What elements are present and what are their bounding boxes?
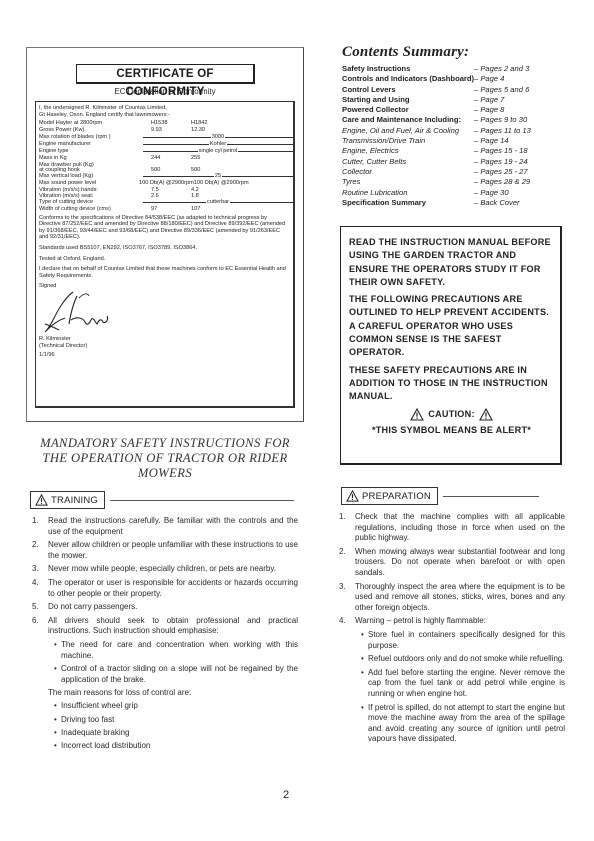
spec-label: Gross Power (Kw) [39,127,139,134]
bullet-item: •Add fuel before starting the engine. Ne… [355,668,565,700]
toc-label: Collector [342,167,474,177]
item-text-body: Thoroughly inspect the area where the eq… [355,582,565,614]
warning-paragraph: THE FOLLOWING PRECAUTIONS ARE OUTLINED T… [349,293,554,359]
spec-row: Engine typesingle cyl petrol [39,148,290,155]
spec-row: Max rotation of blades (rpm )3000 [39,134,290,141]
item-number: 4. [339,616,355,745]
toc-label: Safety Instructions [342,64,474,74]
dash-line [143,202,206,203]
dash-line [143,144,209,145]
spec-row: Max drawber pull (Kg)at coupling hook500… [39,162,290,174]
list-item: 2.When mowing always wear substantial fo… [339,547,565,579]
item-text-body: Read the instructions carefully. Be fami… [48,516,298,537]
bullet-text: Control of a tractor sliding on a slope … [61,664,298,685]
bullet-icon: • [361,630,368,651]
toc-entry: Powered Collector– Page 8 [342,105,568,115]
list-item: 1.Check that the machine complies with a… [339,512,565,544]
bullet-text: Store fuel in containers specifically de… [368,630,565,651]
item-text: Never mow while people, especially child… [48,564,298,575]
toc-entry: Controls and Indicators (Dashboard)– Pag… [342,74,568,84]
item-text-body: Warning – petrol is highly flammable: [355,616,565,627]
spec-value: H1842 [181,120,241,127]
spec-label: Max drawber pull (Kg)at coupling hook [39,162,139,174]
spec-span-value: 3000 [139,134,293,141]
standards-text: Standards used BS5107, EN292, ISO3767, I… [39,245,290,252]
spec-value-line: 500 [191,167,241,173]
declaration-box: I, the undersigned R. Kilminster of Coun… [35,101,295,408]
toc-entry: Routine Lubrication– Page 30 [342,188,568,198]
preparation-label-box: PREPARATION [341,487,438,505]
certificate-subtitle: EC Declaration of Conformity [27,87,303,96]
signed-label: Signed [39,283,290,290]
item-text: Check that the machine complies with all… [355,512,565,544]
toc-label: Tyres [342,177,474,187]
spec-value-line: 500 [151,167,181,173]
item-number: 4. [32,578,48,599]
item-text: Do not carry passengers. [48,602,298,613]
item-text: The operator or user is responsible for … [48,578,298,599]
toc-page: – Pages 25 - 27 [474,167,528,177]
bullet-icon: • [54,715,61,726]
bullet-icon: • [54,701,61,712]
toc-list: Safety Instructions– Pages 2 and 3Contro… [342,64,568,208]
spec-label-line: at coupling hook [39,167,139,173]
dash-line [222,176,293,177]
signer-name: R. Kilminster [39,336,290,343]
spec-value: 100 Db(A) @2900rpm100 Db(A) @2900rpm [139,180,293,187]
spec-span-value: Kohler [139,141,293,148]
spec-span-value: 25 [139,173,293,180]
item-number: 1. [339,512,355,544]
item-text: Read the instructions carefully. Be fami… [48,516,298,537]
toc-label: Specification Summary [342,198,474,208]
toc-label: Control Levers [342,85,474,95]
page-number: 2 [283,789,289,801]
toc-page: – Pages 9 to 30 [474,115,527,125]
item-text-body: Check that the machine complies with all… [355,512,565,544]
reasons-label: The main reasons for loss of control are… [48,688,298,699]
caution-line: CAUTION: [349,408,554,421]
spec-label-line: Vibration (m/s/s) seat: [39,193,139,199]
spec-value: H1538 [139,120,181,127]
spec-value: Kohler [209,141,227,148]
spec-label: Max sound power level [39,180,139,187]
toc-page: – Pages 11 to 13 [474,126,531,136]
toc-label: Engine, Electrics [342,146,474,156]
intro-line: I, the undersigned R. Kilminster of Coun… [39,105,290,112]
item-number: 6. [32,616,48,752]
preparation-title: PREPARATION [362,491,431,502]
safety-warning-box: READ THE INSTRUCTION MANUAL BEFORE USING… [340,226,562,465]
bullet-item: •Control of a tractor sliding on a slope… [48,664,298,685]
dash-line [238,151,293,152]
spec-row: Max vertical load (Kg)25 [39,173,290,180]
spec-value: 25 [214,173,222,180]
toc-page: – Page 4 [474,74,504,84]
bullet-item: •The need for care and concentration whe… [48,640,298,661]
spec-row: Gross Power (Kw)9.9312.30 [39,127,290,134]
preparation-list: 1.Check that the machine complies with a… [339,512,565,748]
spec-label: Max rotation of blades (rpm ) [39,134,139,141]
bullet-item: •Insufficient wheel grip [48,701,298,712]
bullet-text: Driving too fast [61,715,298,726]
dash-line [143,151,198,152]
spec-row: Engine manufacturerKohler [39,141,290,148]
toc-entry: Specification Summary– Back Cover [342,198,568,208]
training-label-box: TRAINING [30,491,105,509]
bullet-item: •If petrol is spilled, do not attempt to… [355,703,565,745]
bullet-text: Insufficient wheel grip [61,701,298,712]
spec-value: 97 [139,206,181,213]
item-text-body: Never allow children or people unfamilia… [48,540,298,561]
preparation-header: PREPARATION [341,487,539,505]
certificate-title: CERTIFICATE OF CONFORMITY [76,64,255,84]
list-item: 1.Read the instructions carefully. Be fa… [32,516,298,537]
toc-label: Cutter, Cutter Belts [342,157,474,167]
item-text-body: Never mow while people, especially child… [48,564,298,575]
reasons-list: •Insufficient wheel grip•Driving too fas… [48,701,298,751]
warning-paragraph: READ THE INSTRUCTION MANUAL BEFORE USING… [349,236,554,289]
toc-page: – Pages 19 - 24 [474,157,528,167]
certificate-date: 1/1/96 [39,352,290,359]
spec-value-line: 2.6 [151,193,181,199]
bullet-icon: • [361,654,368,665]
toc-page: – Page 30 [474,188,509,198]
item-text-body: Do not carry passengers. [48,602,298,613]
signature-image [43,290,133,334]
spec-value: 3000 [211,134,225,141]
spec-span-value: single cyl petrol [139,148,293,155]
toc-entry: Engine, Oil and Fuel, Air & Cooling– Pag… [342,126,568,136]
list-item: 3.Thoroughly inspect the area where the … [339,582,565,614]
spec-table: Model Hayter at 2800rpmH1538H1842Gross P… [39,120,290,212]
list-item: 2.Never allow children or people unfamil… [32,540,298,561]
spec-value: 12.30 [181,127,241,134]
toc-entry: Control Levers– Pages 5 and 6 [342,85,568,95]
toc-page: – Pages 15 - 18 [474,146,528,156]
toc-entry: Collector– Pages 25 - 27 [342,167,568,177]
toc-label: Routine Lubrication [342,188,474,198]
bullet-text: Refuel outdoors only and do not smoke wh… [368,654,565,665]
declaration-text: I declare that on behalf of Countax Limi… [39,266,290,279]
item-number: 1. [32,516,48,537]
warning-triangle-icon [479,408,493,421]
spec-value: 4.21.8 [181,187,241,199]
intro-line: Gt Haseley, Oxon. England certify that l… [39,112,290,119]
training-list: 1.Read the instructions carefully. Be fa… [32,516,298,754]
toc-label: Engine, Oil and Fuel, Air & Cooling [342,126,474,136]
spec-value: single cyl petrol [198,148,239,155]
bullet-text: If petrol is spilled, do not attempt to … [368,703,565,745]
toc-page: – Back Cover [474,198,520,208]
spec-row: Mass in Kg244255 [39,155,290,162]
spec-value: 9.93 [139,127,181,134]
toc-page: – Page 7 [474,95,504,105]
training-title: TRAINING [51,495,98,506]
alert-line: *THIS SYMBOL MEANS BE ALERT* [349,424,554,437]
dash-line [143,137,211,138]
bullet-text: Inadequate braking [61,728,298,739]
toc-entry: Starting and Using– Page 7 [342,95,568,105]
mandatory-heading: MANDATORY SAFETY INSTRUCTIONS FOR THE OP… [26,436,304,481]
dash-line [143,176,214,177]
item-text-body: The operator or user is responsible for … [48,578,298,599]
toc-label: Care and Maintenance Including: [342,115,474,125]
certificate-panel: CERTIFICATE OF CONFORMITY EC Declaration… [26,47,304,422]
item-number: 2. [339,547,355,579]
item-text: All drivers should seek to obtain profes… [48,616,298,752]
spec-value: 500 [181,162,241,174]
item-number: 2. [32,540,48,561]
toc-page: – Page 8 [474,105,504,115]
list-item: 4.Warning – petrol is highly flammable:•… [339,616,565,745]
toc-page: – Pages 2 and 3 [474,64,529,74]
spec-value: cutterbar [206,199,230,206]
signer-title: (Technical Director) [39,343,290,350]
warning-triangle-icon [410,408,424,421]
bullet-text: Incorrect load distribution [61,741,298,752]
spec-value-line: 1.8 [191,193,241,199]
spec-label: Mass in Kg [39,155,139,162]
bullet-icon: • [54,664,61,685]
conformity-text: Conforms to the specifications of Direct… [39,215,290,241]
bullet-icon: • [54,741,61,752]
toc-label: Powered Collector [342,105,474,115]
spec-label: Type of cutting device [39,199,139,206]
bullet-icon: • [361,703,368,745]
contents-summary: Contents Summary: Safety Instructions– P… [342,44,568,208]
dash-line [227,144,293,145]
item-text-body: All drivers should seek to obtain profes… [48,616,298,637]
spec-label: Model Hayter at 2800rpm [39,120,139,127]
spec-row: Vibration (m/s/s) hands:Vibration (m/s/s… [39,187,290,199]
warning-triangle-icon [346,490,359,502]
spec-row: Type of cutting devicecutterbar [39,199,290,206]
toc-entry: Cutter, Cutter Belts– Pages 19 - 24 [342,157,568,167]
toc-label: Starting and Using [342,95,474,105]
spec-value: 107 [181,206,241,213]
toc-label: Controls and Indicators (Dashboard) [342,74,474,84]
list-item: 4.The operator or user is responsible fo… [32,578,298,599]
item-number: 3. [32,564,48,575]
bullet-item: •Inadequate braking [48,728,298,739]
item-text: Warning – petrol is highly flammable:•St… [355,616,565,745]
spec-label: Max vertical load (Kg) [39,173,139,180]
divider [443,496,539,497]
divider [110,500,294,501]
spec-value: 244 [139,155,181,162]
bullet-text: The need for care and concentration when… [61,640,298,661]
dash-line [225,137,293,138]
item-number: 3. [339,582,355,614]
spec-label: Engine manufacturer [39,141,139,148]
bullet-item: •Store fuel in containers specifically d… [355,630,565,651]
warning-triangle-icon [35,494,48,506]
list-item: 6.All drivers should seek to obtain prof… [32,616,298,752]
toc-page: – Pages 5 and 6 [474,85,529,95]
bullet-item: •Refuel outdoors only and do not smoke w… [355,654,565,665]
spec-row: Model Hayter at 2800rpmH1538H1842 [39,120,290,127]
item-text: When mowing always wear substantial foot… [355,547,565,579]
bullet-icon: • [361,668,368,700]
bullet-text: Add fuel before starting the engine. Nev… [368,668,565,700]
item-text-body: When mowing always wear substantial foot… [355,547,565,579]
warning-paragraph: THESE SAFETY PRECAUTIONS ARE IN ADDITION… [349,364,554,404]
item-text: Thoroughly inspect the area where the eq… [355,582,565,614]
toc-page: – Pages 28 & 29 [474,177,530,187]
toc-entry: Transmission/Drive Train– Page 14 [342,136,568,146]
bullet-item: •Incorrect load distribution [48,741,298,752]
toc-entry: Tyres– Pages 28 & 29 [342,177,568,187]
spec-label: Engine type [39,148,139,155]
contents-title: Contents Summary: [342,44,568,61]
list-item: 3.Never mow while people, especially chi… [32,564,298,575]
item-number: 5. [32,602,48,613]
tested-text: Tested at Oxford, England. [39,256,290,263]
spec-row: Max sound power level100 Db(A) @2900rpm1… [39,180,290,187]
toc-page: – Page 14 [474,136,509,146]
toc-label: Transmission/Drive Train [342,136,474,146]
declaration-intro: I, the undersigned R. Kilminster of Coun… [39,105,290,118]
training-header: TRAINING [30,491,294,509]
spec-label: Vibration (m/s/s) hands:Vibration (m/s/s… [39,187,139,199]
spec-label: Width of cutting device (cms) [39,206,139,213]
toc-entry: Engine, Electrics– Pages 15 - 18 [342,146,568,156]
toc-entry: Safety Instructions– Pages 2 and 3 [342,64,568,74]
bullet-item: •Driving too fast [48,715,298,726]
list-item: 5.Do not carry passengers. [32,602,298,613]
toc-entry: Care and Maintenance Including:– Pages 9… [342,115,568,125]
spec-value: 255 [181,155,241,162]
bullet-icon: • [54,728,61,739]
spec-value: 500 [139,162,181,174]
dash-line [230,202,293,203]
bullet-icon: • [54,640,61,661]
item-text: Never allow children or people unfamilia… [48,540,298,561]
spec-span-value: cutterbar [139,199,293,206]
spec-value: 7.52.6 [139,187,181,199]
spec-row: Width of cutting device (cms)97107 [39,206,290,213]
caution-label: CAUTION: [428,408,474,421]
